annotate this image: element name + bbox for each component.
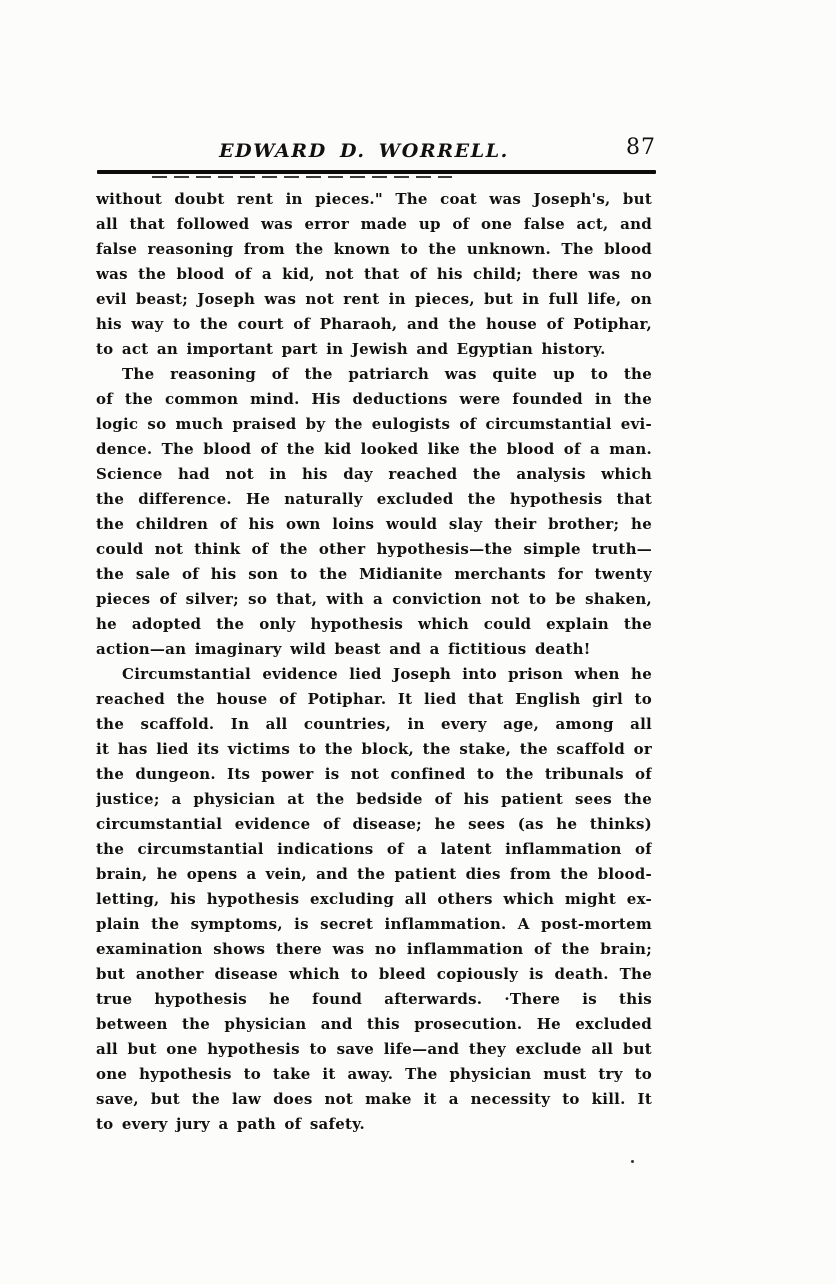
text-line: justice; a physician at the bedside of h…	[96, 787, 652, 812]
text-line: the dungeon. Its power is not confined t…	[96, 762, 652, 787]
page-number: 87	[626, 135, 656, 161]
text-line: all that followed was error made up of o…	[96, 212, 652, 237]
text-line: examination shows there was no inflammat…	[96, 937, 652, 962]
text-line: was the blood of a kid, not that of his …	[96, 262, 652, 287]
text-line: the children of his own loins would slay…	[96, 512, 652, 537]
text-line: his way to the court of Pharaoh, and the…	[96, 312, 652, 337]
running-head: EDWARD D. WORRELL. 87	[96, 138, 652, 164]
text-line: to every jury a path of safety.	[96, 1112, 652, 1137]
scanned-book-page: EDWARD D. WORRELL. 87 without doubt rent…	[0, 0, 836, 1284]
text-line: without doubt rent in pieces." The coat …	[96, 187, 652, 212]
text-line: The reasoning of the patriarch was quite…	[96, 362, 652, 387]
header-rule	[97, 170, 656, 174]
text-line: he adopted the only hypothesis which cou…	[96, 612, 652, 637]
text-line: plain the symptoms, is secret inflammati…	[96, 912, 652, 937]
text-line: letting, his hypothesis excluding all ot…	[96, 887, 652, 912]
text-line: Science had not in his day reached the a…	[96, 462, 652, 487]
text-line: brain, he opens a vein, and the patient …	[96, 862, 652, 887]
text-line: it has lied its victims to the block, th…	[96, 737, 652, 762]
text-line: false reasoning from the known to the un…	[96, 237, 652, 262]
text-line: could not think of the other hypothesis—…	[96, 537, 652, 562]
text-line: the sale of his son to the Midianite mer…	[96, 562, 652, 587]
text-line: all but one hypothesis to save life—and …	[96, 1037, 652, 1062]
text-line: evil beast; Joseph was not rent in piece…	[96, 287, 652, 312]
text-line: the scaffold. In all countries, in every…	[96, 712, 652, 737]
text-line: save, but the law does not make it a nec…	[96, 1087, 652, 1112]
text-line: between the physician and this prosecuti…	[96, 1012, 652, 1037]
scan-speck	[328, 496, 330, 498]
header-rule-scan-artifact	[152, 176, 452, 178]
page-body: without doubt rent in pieces." The coat …	[96, 187, 652, 1137]
text-line: dence. The blood of the kid looked like …	[96, 437, 652, 462]
text-line: but another disease which to bleed copio…	[96, 962, 652, 987]
text-line: reached the house of Potiphar. It lied t…	[96, 687, 652, 712]
text-line: of the common mind. His deductions were …	[96, 387, 652, 412]
page-title: EDWARD D. WORRELL.	[86, 138, 642, 164]
scan-speck	[631, 1160, 634, 1163]
text-line: action—an imaginary wild beast and a fic…	[96, 637, 652, 662]
text-line: circumstantial evidence of disease; he s…	[96, 812, 652, 837]
text-line: the circumstantial indications of a late…	[96, 837, 652, 862]
text-line: true hypothesis he found afterwards. ·Th…	[96, 987, 652, 1012]
text-line: to act an important part in Jewish and E…	[96, 337, 652, 362]
text-line: the difference. He naturally excluded th…	[96, 487, 652, 512]
text-line: one hypothesis to take it away. The phys…	[96, 1062, 652, 1087]
text-line: logic so much praised by the eulogists o…	[96, 412, 652, 437]
text-line: Circumstantial evidence lied Joseph into…	[96, 662, 652, 687]
text-line: pieces of silver; so that, with a convic…	[96, 587, 652, 612]
